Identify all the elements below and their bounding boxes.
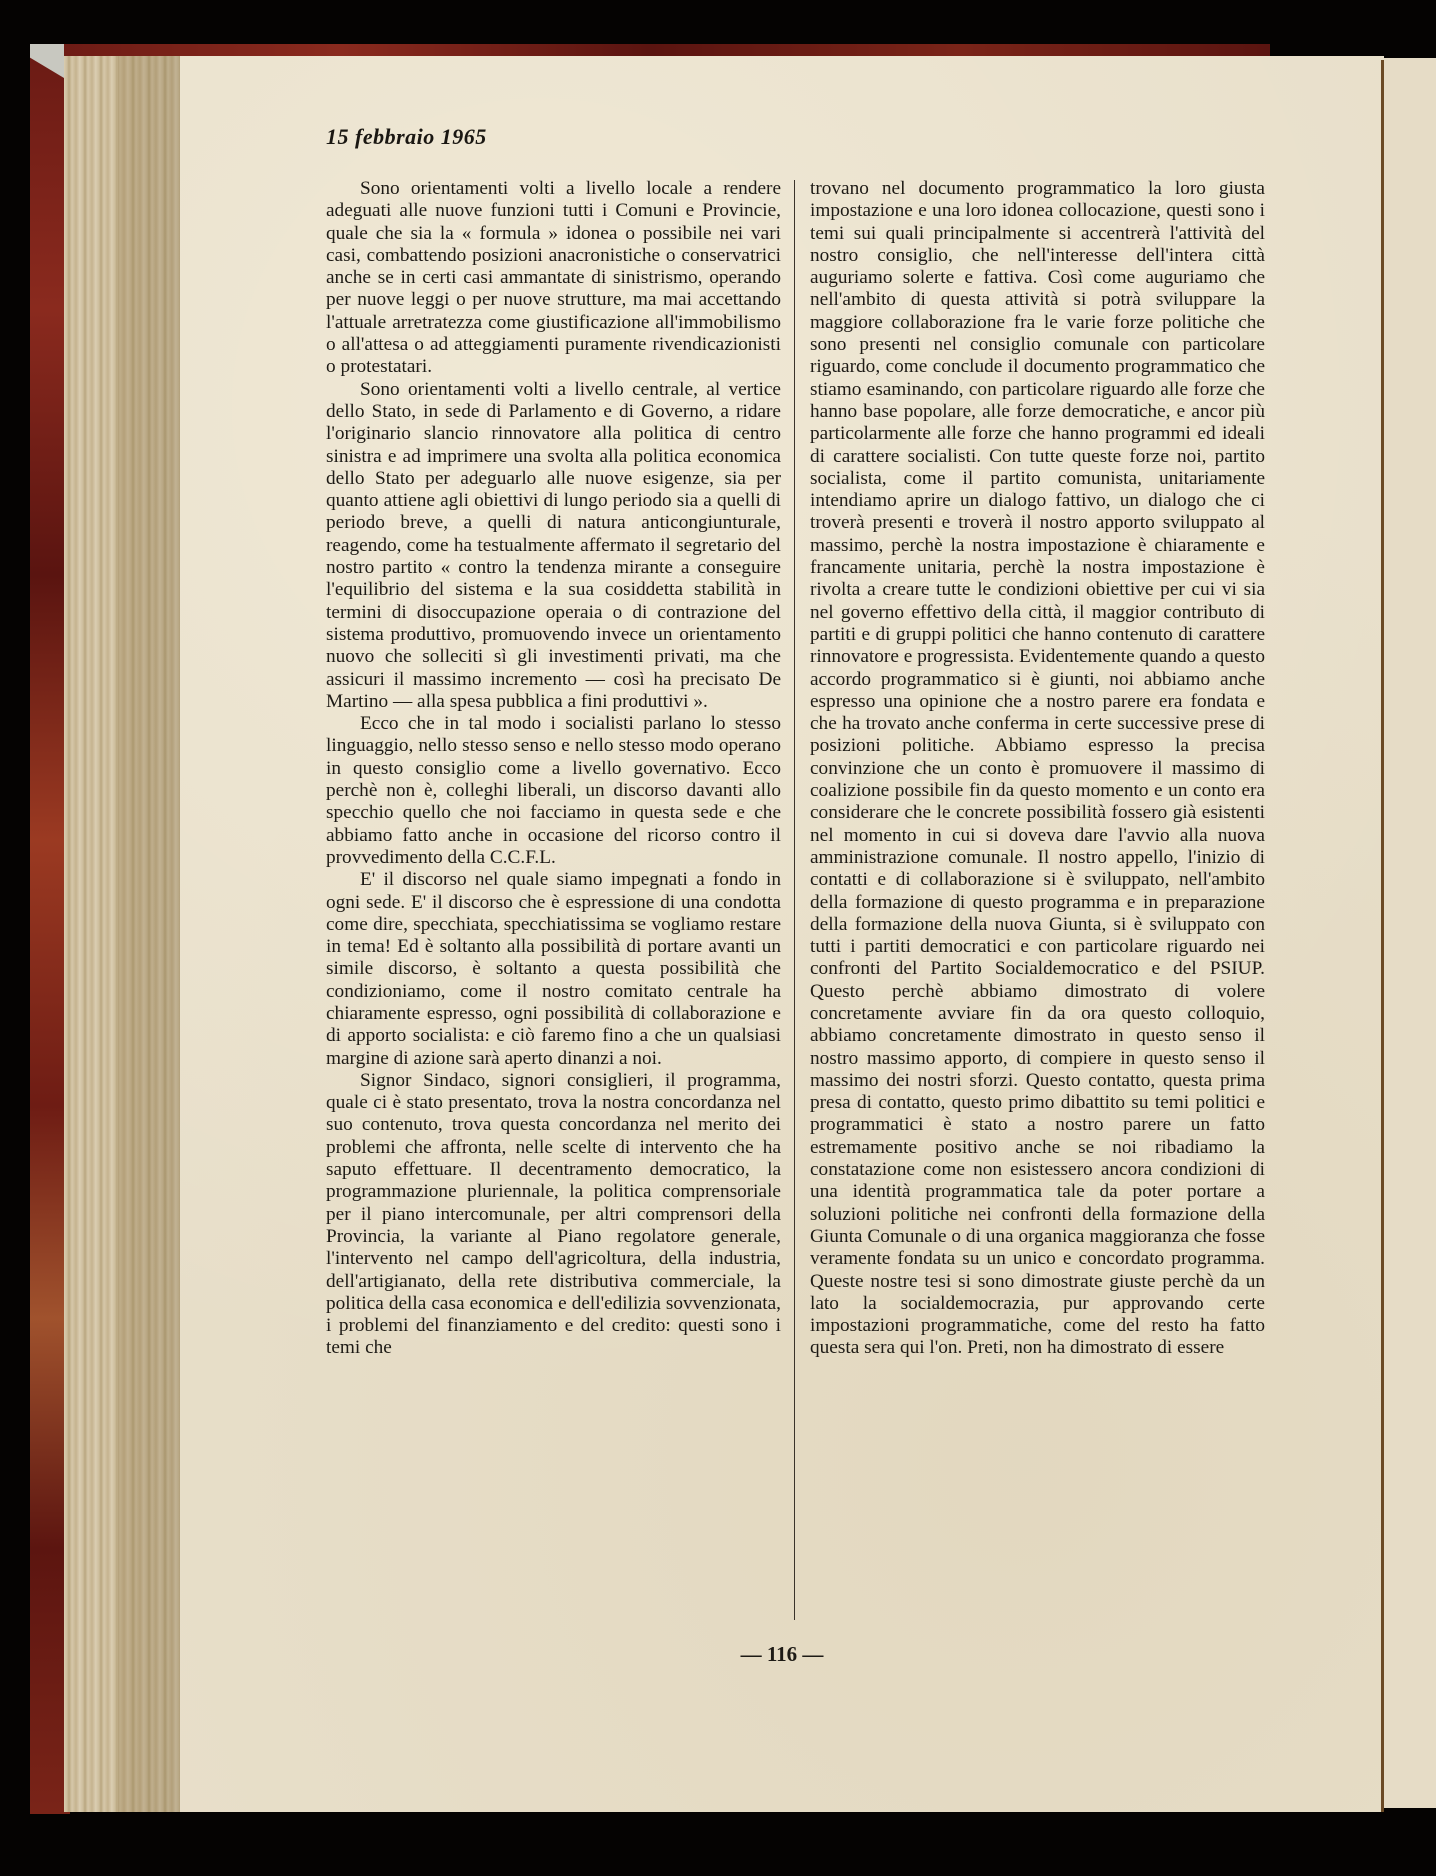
paragraph: Ecco che in tal modo i socialisti parlan… [326,713,781,869]
page-number: — 116 — [180,1642,1384,1667]
page-edges-shadow [118,56,180,1812]
facing-page-edge [1384,58,1436,1808]
page-header-date: 15 febbraio 1965 [326,124,487,150]
right-column: trovano nel documento programmatico la l… [810,178,1265,1360]
paragraph-continued: trovano nel documento programmatico la l… [810,178,1265,1360]
paragraph: Sono orientamenti volti a livello locale… [326,178,781,379]
paragraph: Sono orientamenti volti a livello centra… [326,379,781,713]
left-column: Sono orientamenti volti a livello locale… [326,178,781,1360]
column-divider [794,180,795,1620]
paragraph: Signor Sindaco, signori consiglieri, il … [326,1070,781,1360]
paragraph: E' il discorso nel quale siamo impegnati… [326,869,781,1070]
